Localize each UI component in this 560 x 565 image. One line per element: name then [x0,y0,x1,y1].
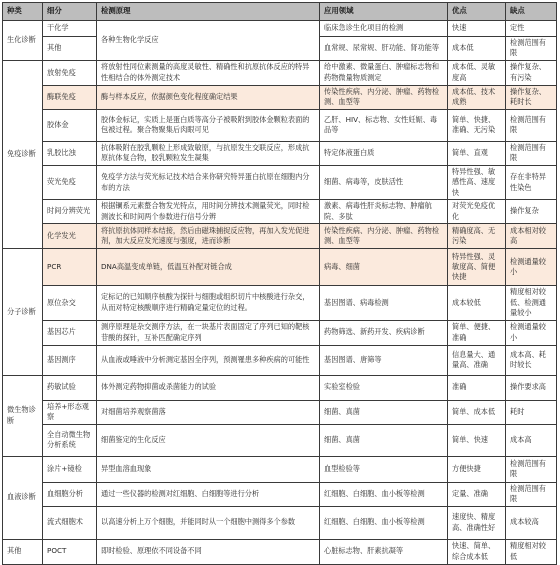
principle-cell: 胶体金标记，实质上是蛋白质等高分子被吸附到胶体金颗粒表面的包被过程。聚合物聚集后… [97,109,320,141]
application-cell: 传染性疾病、内分泌、肿瘤、药物检测、血型等 [320,224,448,249]
cons-cell: 成本高 [506,424,557,456]
pros-cell: 快速、简单、综合成本低 [448,539,506,560]
application-cell: 激素、病毒性肝炎标志物、肿瘤航院、多肽 [320,200,448,224]
sub-cell: 时间分辨荧光 [43,200,97,224]
application-cell: 传染性疾病、内分泌、肿瘤、药物检测、血型等 [320,85,448,109]
table-row-highlighted: 分子诊断 PCR DNA高温变成单链，低温互补配对链合成 病毒、细菌 特异性强、… [3,249,557,286]
table-row: 血液诊断 涂片+镜检 异型血溶血现象 血型检验等 方便快捷 检测范围有限 [3,456,557,482]
table-row-highlighted: 酶联免疫 酶与样本反应，依据颜色变化程度确定结果 传染性疾病、内分泌、肿瘤、药物… [3,85,557,109]
application-cell: 给中激素、微量蛋白、肿瘤标志物和药物微量物质测定 [320,60,448,85]
application-cell: 细菌、病毒等，皮肤活性 [320,165,448,199]
table-row: 培养+形态观察 对细菌培养观察菌落 细菌、真菌 简单、成本低 耗时 [3,400,557,424]
application-cell: 细菌、真菌 [320,400,448,424]
cons-cell: 检测范围有限 [506,37,557,61]
table-row: 血细胞分析 通过一些仪器的检测对红细胞、白细胞等进行分析 红细胞、白细胞、血小板… [3,482,557,506]
sub-cell: PCR [43,249,97,286]
principle-cell: 通过一些仪器的检测对红细胞、白细胞等进行分析 [97,482,320,506]
table-row-highlighted: 化学发光 将抗原抗体同样本结接，然后由磁珠捕捉反应物，再加入发光促进剂，加大反应… [3,224,557,249]
application-cell: 基因图谱、唐筛等 [320,345,448,375]
header-category: 种类 [3,3,43,21]
application-cell: 基因图谱、病毒检测 [320,286,448,320]
application-cell: 血型检验等 [320,456,448,482]
principle-cell: 对细菌培养观察菌落 [97,400,320,424]
diagnostics-comparison-table-container: 种类 细分 检测原理 应用领域 优点 缺点 生化诊断 干化学 各种生物化学反应 … [2,2,556,560]
pros-cell: 快速 [448,21,506,37]
sub-cell: 放射免疫 [43,60,97,85]
table-row: 免疫诊断 放射免疫 将放射性同位素测量的高度灵敏性、精确性和抗原抗体反应的特异性… [3,60,557,85]
sub-cell: 全自动微生物分析系统 [43,424,97,456]
principle-cell: 根据镧系元素螯合物发光特点，用时间分辨技术测量荧光，同时检测波长和时间两个参数进… [97,200,320,224]
pros-cell: 成本较低 [448,286,506,320]
table-row: 胶体金 胶体金标记，实质上是蛋白质等高分子被吸附到胶体金颗粒表面的包被过程。聚合… [3,109,557,141]
principle-cell: 将抗原抗体同样本结接，然后由磁珠捕捉反应物，再加入发光促进剂，加大反应发光速度与… [97,224,320,249]
sub-cell: 药敏试验 [43,375,97,400]
principle-cell: 免疫学方法与荧光标记技术结合来你研究特异蛋白抗原在细胞内分布的方法 [97,165,320,199]
category-blood: 血液诊断 [3,456,43,539]
sub-cell: 胶体金 [43,109,97,141]
table-row: 基因芯片 测序原理是杂交测序方法，在一块基片表面固定了序列已知的靶核苷酸的探针，… [3,320,557,345]
sub-cell: 原位杂交 [43,286,97,320]
application-cell: 心脏标志物、肝素抗凝等 [320,539,448,560]
table-row: 乳胶比浊 抗体吸附在胶乳颗粒上形成致敏原，与抗原发生交联反应，形成抗原抗体复合物… [3,141,557,165]
application-cell: 血常规、尿常规、肝功能、肾功能等 [320,37,448,61]
header-principle: 检测原理 [97,3,320,21]
diagnostics-comparison-table: 种类 细分 检测原理 应用领域 优点 缺点 生化诊断 干化学 各种生物化学反应 … [2,2,557,560]
sub-cell: 化学发光 [43,224,97,249]
application-cell: 红细胞、白细胞、血小板等检测 [320,506,448,539]
cons-cell: 操作要求高 [506,375,557,400]
cons-cell: 耗时 [506,400,557,424]
pros-cell: 精确度高、无污染 [448,224,506,249]
sub-cell: 涂片+镜检 [43,456,97,482]
sub-cell: 基因测序 [43,345,97,375]
pros-cell: 方便快捷 [448,456,506,482]
pros-cell: 成本低、技术成熟 [448,85,506,109]
category-micro: 微生物诊断 [3,375,43,456]
pros-cell: 简单、快捷、准确、无污染 [448,109,506,141]
pros-cell: 简单、直观 [448,141,506,165]
sub-cell: 酶联免疫 [43,85,97,109]
application-cell: 特定体液蛋白质 [320,141,448,165]
pros-cell: 简单、快速 [448,424,506,456]
table-row: 生化诊断 干化学 各种生物化学反应 临床急诊生化项目的检测 快速 定性 [3,21,557,37]
category-other: 其他 [3,539,43,560]
cons-cell: 检测范围有限 [506,482,557,506]
sub-cell: 培养+形态观察 [43,400,97,424]
pros-cell: 成本低 [448,37,506,61]
application-cell: 乙肝、HIV、标志物、女性妊娠、毒品等 [320,109,448,141]
principle-cell: 异型血溶血现象 [97,456,320,482]
application-cell: 红细胞、白细胞、血小板等检测 [320,482,448,506]
principle-cell: 定标记的已知顺序核酸为探针与细胞或组织切片中核酸进行杂交，从而对特定核酸顺序进行… [97,286,320,320]
header-row: 种类 细分 检测原理 应用领域 优点 缺点 [3,3,557,21]
cons-cell: 检测通量较小 [506,249,557,286]
sub-cell: 血细胞分析 [43,482,97,506]
cons-cell: 检测范围有限 [506,109,557,141]
category-biochem: 生化诊断 [3,21,43,61]
pros-cell: 特异性强、敏感性高、速度快 [448,165,506,199]
cons-cell: 精度相对较低、检测通量较小 [506,286,557,320]
cons-cell: 操作复杂、有污染 [506,60,557,85]
application-cell: 药物筛选、新药开发、疾病诊断 [320,320,448,345]
table-row: 基因测序 从血液或唾液中分析测定基因全序列，预测罹患多种疾病的可能性 基因图谱、… [3,345,557,375]
principle-cell: 抗体吸附在胶乳颗粒上形成致敏原，与抗原发生交联反应，形成抗原抗体复合物，胶乳颗粒… [97,141,320,165]
pros-cell: 成本低、灵敏度高 [448,60,506,85]
pros-cell: 准确 [448,375,506,400]
table-row: 其他 POCT 即时检验、原理依不同设备不同 心脏标志物、肝素抗凝等 快速、简单… [3,539,557,560]
cons-cell: 操作复杂 [506,200,557,224]
application-cell: 临床急诊生化项目的检测 [320,21,448,37]
application-cell: 病毒、细菌 [320,249,448,286]
cons-cell: 精度相对较低 [506,539,557,560]
sub-cell: POCT [43,539,97,560]
pros-cell: 简单、成本低 [448,400,506,424]
principle-cell: 即时检验、原理依不同设备不同 [97,539,320,560]
cons-cell: 成本较高 [506,506,557,539]
sub-cell: 流式细胞术 [43,506,97,539]
table-row: 微生物诊断 药敏试验 体外测定药物抑菌或杀菌能力的试验 实验室检验 准确 操作要… [3,375,557,400]
pros-cell: 特异性强、灵敏度高、简便快捷 [448,249,506,286]
principle-cell: 酶与样本反应，依据颜色变化程度确定结果 [97,85,320,109]
pros-cell: 定量、准确 [448,482,506,506]
cons-cell: 成本高、耗时较长 [506,345,557,375]
table-row: 原位杂交 定标记的已知顺序核酸为探针与细胞或组织切片中核酸进行杂交，从而对特定核… [3,286,557,320]
category-immuno: 免疫诊断 [3,60,43,248]
principle-cell: 将放射性同位素测量的高度灵敏性、精确性和抗原抗体反应的特异性相结合的体外测定技术 [97,60,320,85]
principle-cell: 以高速分析上万个细胞，并能同时从一个细胞中测得多个参数 [97,506,320,539]
cons-cell: 操作复杂、耗时长 [506,85,557,109]
table-row: 时间分辨荧光 根据镧系元素螯合物发光特点，用时间分辨技术测量荧光，同时检测波长和… [3,200,557,224]
sub-cell: 干化学 [43,21,97,37]
header-pros: 优点 [448,3,506,21]
principle-cell: 各种生物化学反应 [97,21,320,61]
application-cell: 细菌、真菌 [320,424,448,456]
sub-cell: 荧光免疫 [43,165,97,199]
pros-cell: 简单、便捷、准确 [448,320,506,345]
cons-cell: 存在非特异性染色 [506,165,557,199]
header-application: 应用领域 [320,3,448,21]
table-row: 全自动微生物分析系统 细菌鉴定的生化反应 细菌、真菌 简单、快速 成本高 [3,424,557,456]
pros-cell: 对荧光免疫优化 [448,200,506,224]
cons-cell: 检测范围有限 [506,141,557,165]
cons-cell: 检测范围有限 [506,456,557,482]
principle-cell: 细菌鉴定的生化反应 [97,424,320,456]
principle-cell: DNA高温变成单链，低温互补配对链合成 [97,249,320,286]
sub-cell: 其他 [43,37,97,61]
cons-cell: 检测通量较小 [506,320,557,345]
sub-cell: 乳胶比浊 [43,141,97,165]
cons-cell: 成本相对较高 [506,224,557,249]
table-row: 荧光免疫 免疫学方法与荧光标记技术结合来你研究特异蛋白抗原在细胞内分布的方法 细… [3,165,557,199]
header-cons: 缺点 [506,3,557,21]
cons-cell: 定性 [506,21,557,37]
header-subcategory: 细分 [43,3,97,21]
pros-cell: 速度快、精度高、准确性好 [448,506,506,539]
sub-cell: 基因芯片 [43,320,97,345]
principle-cell: 从血液或唾液中分析测定基因全序列，预测罹患多种疾病的可能性 [97,345,320,375]
pros-cell: 信息量大、通量高、准确 [448,345,506,375]
principle-cell: 测序原理是杂交测序方法，在一块基片表面固定了序列已知的靶核苷酸的探针，互补匹配确… [97,320,320,345]
principle-cell: 体外测定药物抑菌或杀菌能力的试验 [97,375,320,400]
application-cell: 实验室检验 [320,375,448,400]
table-row: 流式细胞术 以高速分析上万个细胞，并能同时从一个细胞中测得多个参数 红细胞、白细… [3,506,557,539]
category-molecular: 分子诊断 [3,249,43,375]
